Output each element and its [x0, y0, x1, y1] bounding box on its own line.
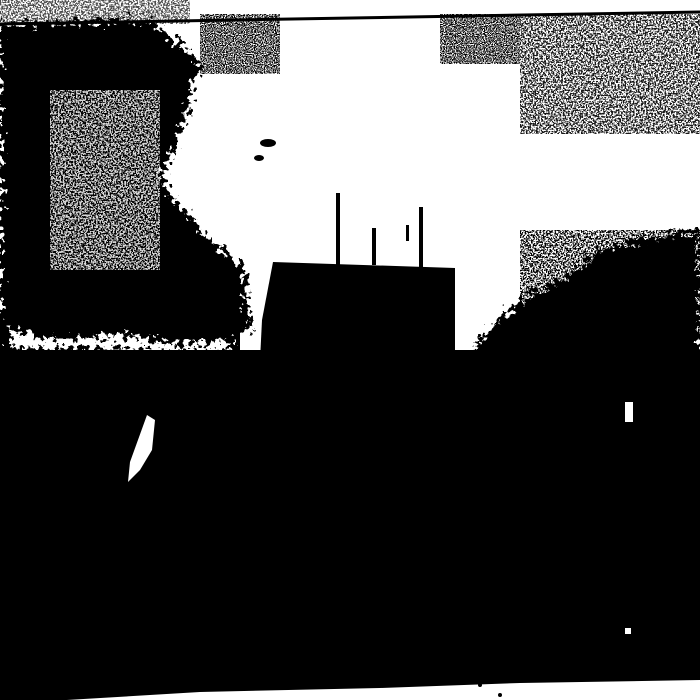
paper-speck — [498, 693, 502, 697]
trees-right-texture — [520, 230, 700, 340]
paper-speck — [166, 684, 169, 687]
paper-speck — [478, 683, 482, 687]
building — [260, 262, 455, 360]
foreground-bright-spot — [625, 628, 631, 634]
rooftop-antenna — [372, 228, 376, 265]
rooftop-antenna — [419, 207, 423, 267]
trees-left-texture — [50, 90, 160, 270]
rooftop-antenna — [336, 193, 340, 265]
foreground-bright-spot — [625, 402, 633, 422]
sky-speck — [260, 139, 276, 147]
sky-speck — [254, 155, 264, 161]
rooftop-antenna — [406, 225, 409, 241]
binarized-photo — [0, 0, 700, 700]
scan-top-strip — [0, 0, 190, 24]
foreground-speckle — [0, 360, 700, 680]
